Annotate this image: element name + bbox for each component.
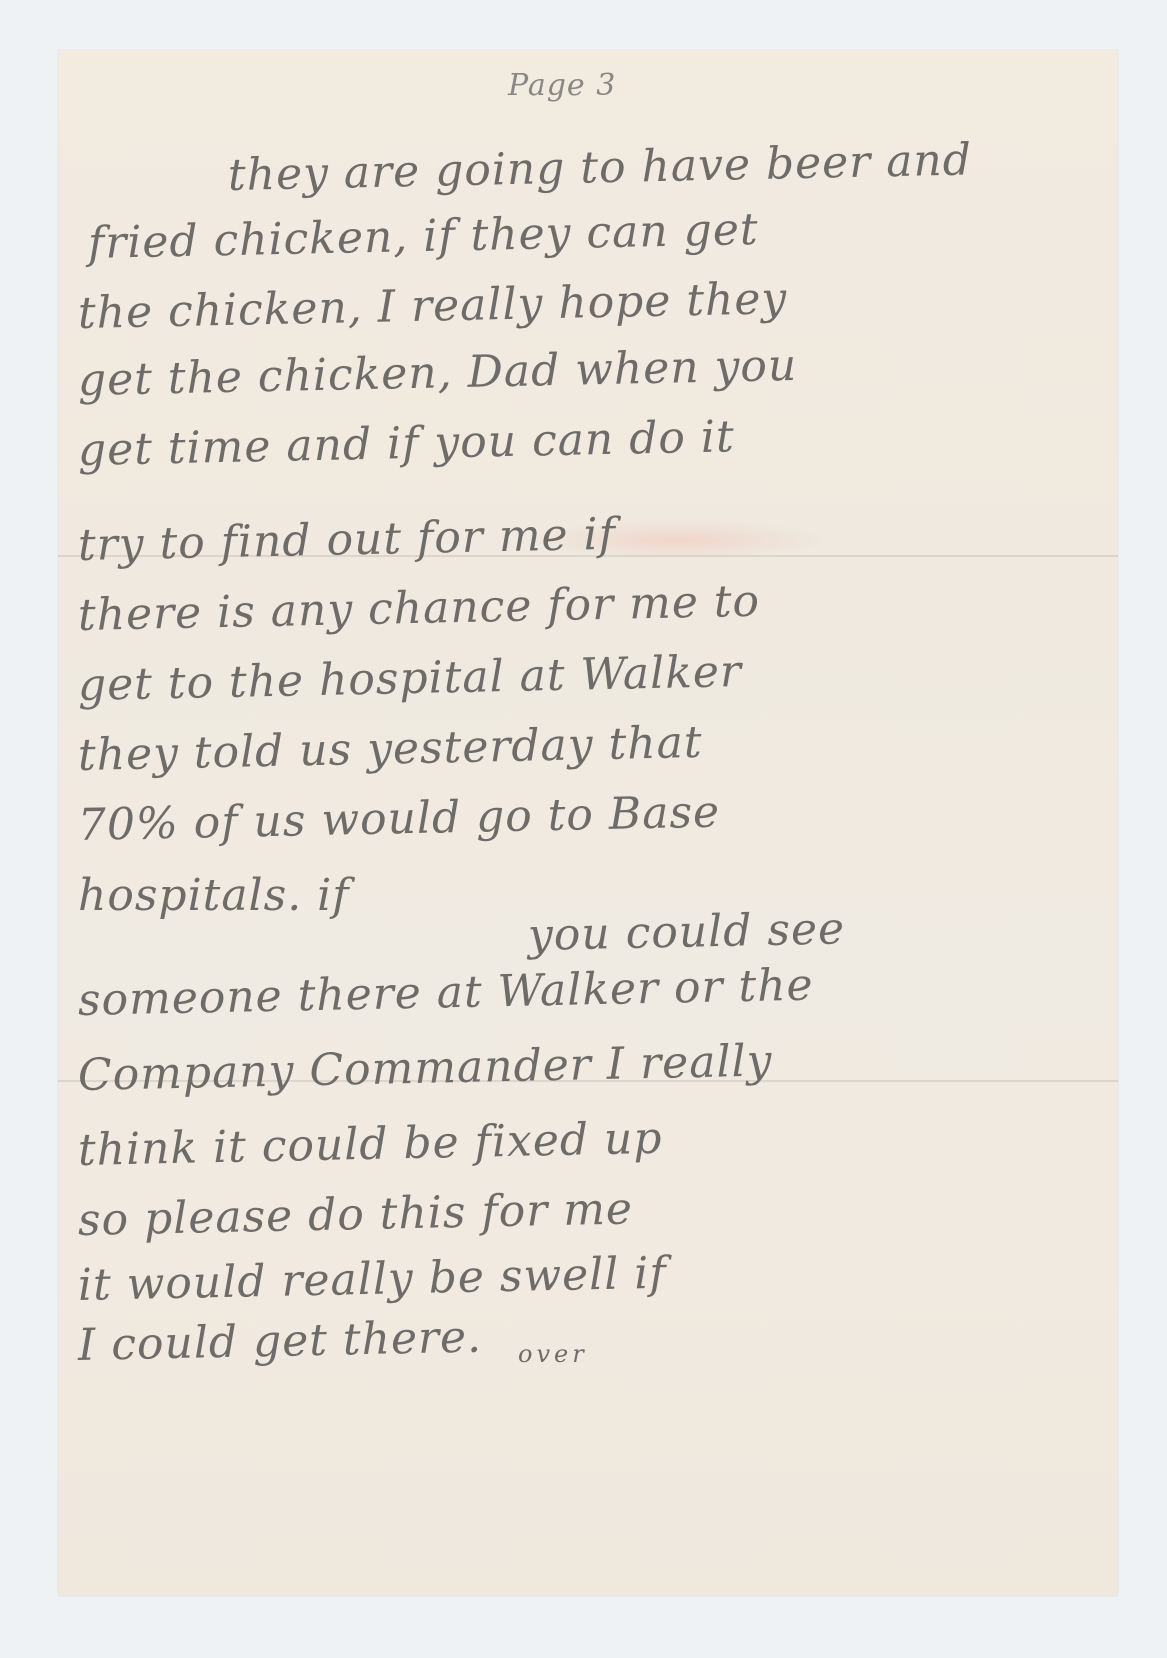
letter-line-2: fried chicken, if they can get — [87, 204, 759, 269]
letter-line-5: get time and if you can do it — [77, 411, 735, 476]
letter-line-7: there is any chance for me to — [77, 576, 760, 641]
letter-line-16: so please do this for me — [77, 1183, 633, 1246]
letter-line-1: they are going to have beer and — [227, 134, 972, 201]
letter-line-8: get to the hospital at Walker — [77, 646, 742, 711]
letter-line-15: think it could be fixed up — [77, 1113, 663, 1176]
letter-line-17: it would really be swell if — [77, 1248, 667, 1311]
letter-line-3: the chicken, I really hope they — [77, 273, 787, 339]
letter-line-18: I could get there. — [77, 1312, 482, 1371]
letter-page: Page 3 they are going to have beer and f… — [58, 50, 1118, 1596]
continuation-mark: over — [518, 1340, 588, 1368]
page-number: Page 3 — [508, 68, 616, 103]
letter-line-12: you could see — [527, 903, 845, 961]
letter-line-13: someone there at Walker or the — [77, 960, 814, 1026]
letter-line-9: they told us yesterday that — [77, 717, 703, 781]
letter-line-4: get the chicken, Dad when you — [77, 340, 797, 406]
letter-line-14: Company Commander I really — [77, 1035, 772, 1101]
letter-line-10: 70% of us would go to Base — [77, 787, 720, 851]
letter-line-6: try to find out for me if — [77, 509, 616, 571]
letter-line-11: hospitals. if — [78, 870, 350, 921]
